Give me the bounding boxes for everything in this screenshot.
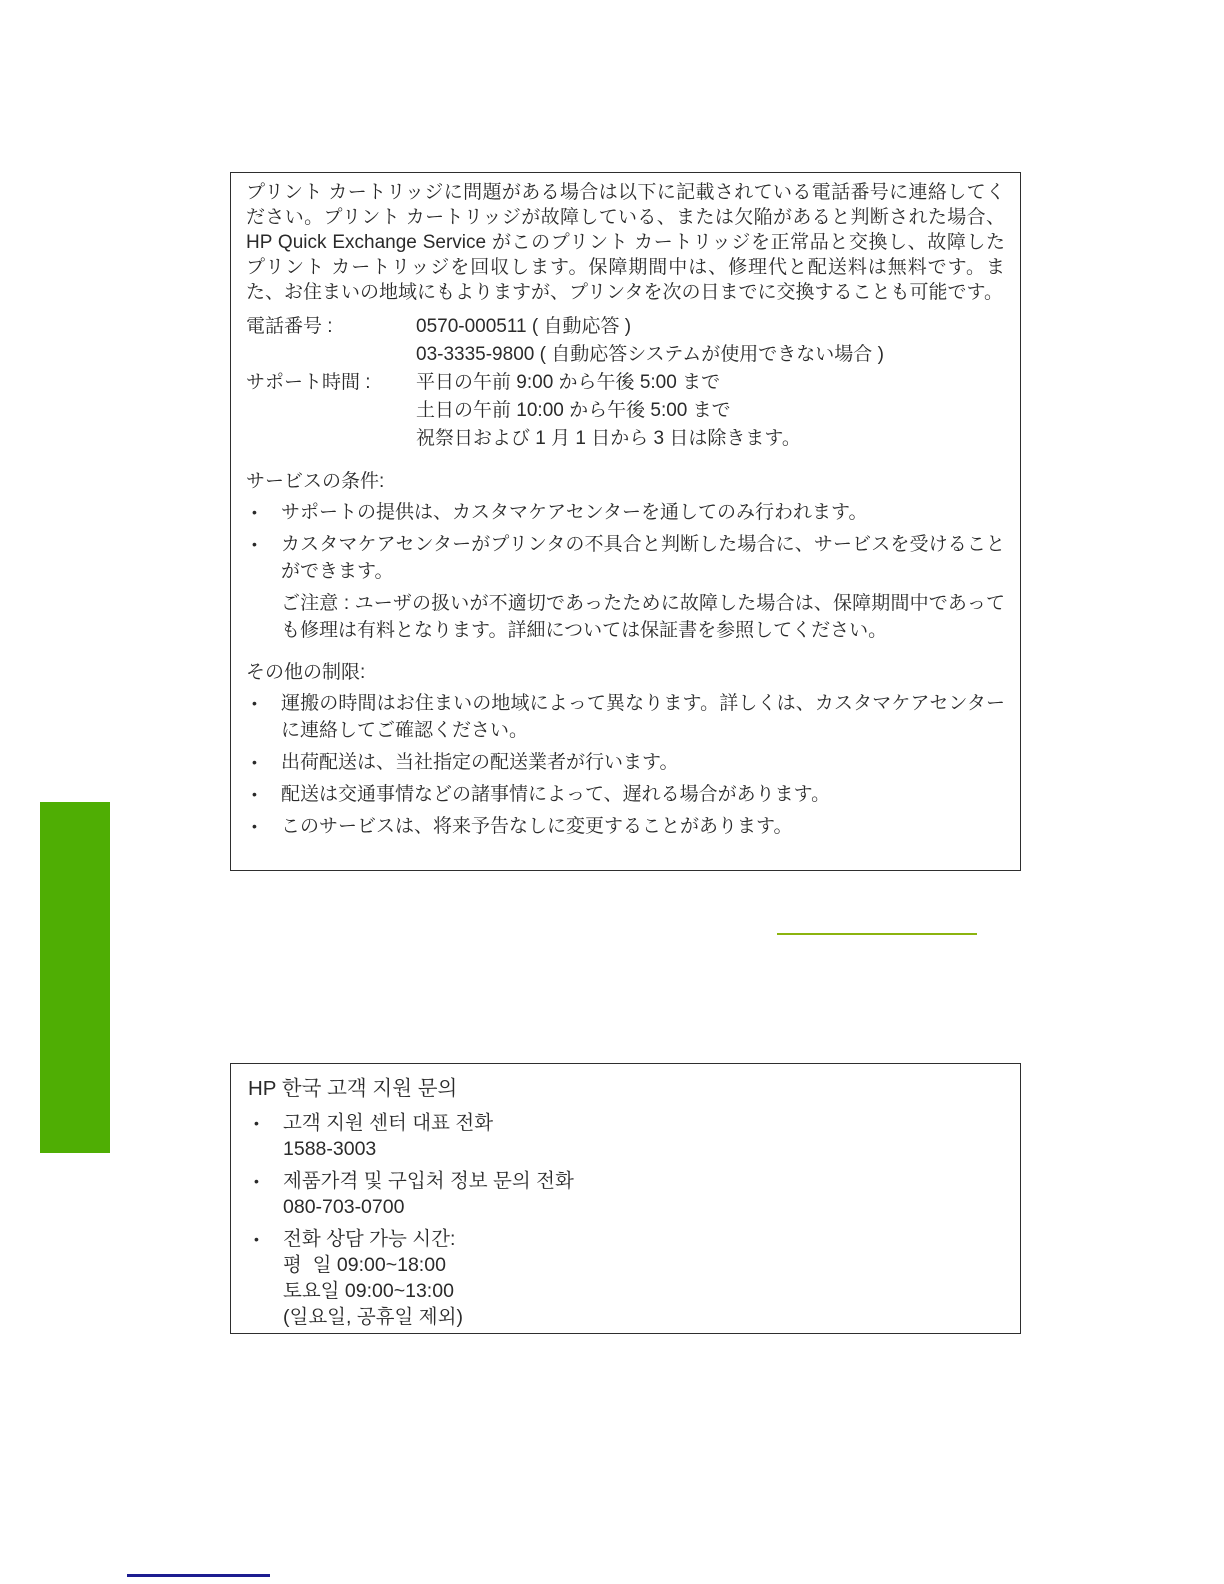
- limit-text: 出荷配送は、当社指定の配送業者が行います。: [281, 749, 1005, 776]
- support-hours-label: サポート時間 :: [246, 369, 416, 397]
- service-term-item: • サポートの提供は、カスタマケアセンターを通してのみ行われます。: [246, 499, 1005, 526]
- limit-text: 運搬の時間はお住まいの地域によって異なります。詳しくは、カスタマケアセンターに連…: [281, 690, 1005, 744]
- korea-item-line: 고객 지원 센터 대표 전화: [283, 1110, 1005, 1136]
- bullet-icon: •: [246, 499, 281, 526]
- contact-info-list: 電話番号 : 0570-000511 ( 自動応答 ) 03-3335-9800…: [246, 313, 1005, 453]
- support-hours-spacer: [246, 397, 416, 425]
- support-hours-spacer: [246, 425, 416, 453]
- phone-value-primary: 0570-000511 ( 自動応答 ): [416, 313, 1005, 341]
- korea-support-item: • 고객 지원 센터 대표 전화 1588-3003: [248, 1110, 1005, 1162]
- korea-item-lines: 전화 상담 가능 시간: 평 일 09:00~18:00 토요일 09:00~1…: [283, 1226, 1005, 1330]
- korea-item-line: 전화 상담 가능 시간:: [283, 1226, 1005, 1252]
- korea-item-lines: 고객 지원 센터 대표 전화 1588-3003: [283, 1110, 1005, 1162]
- korea-item-line: (일요일, 공휴일 제외): [283, 1304, 1005, 1330]
- korea-support-item: • 제품가격 및 구입처 정보 문의 전화 080-703-0700: [248, 1168, 1005, 1220]
- bullet-icon: •: [248, 1110, 283, 1162]
- phone-number-row: 電話番号 : 0570-000511 ( 自動応答 ): [246, 313, 1005, 341]
- other-limits-heading: その他の制限:: [246, 660, 1005, 685]
- exchange-service-intro: プリント カートリッジに問題がある場合は以下に記載されている電話番号に連絡してく…: [246, 180, 1005, 305]
- service-term-item: • カスタマケアセンターがプリンタの不具合と判断した場合に、サービスを受けること…: [246, 531, 1005, 585]
- service-terms-heading: サービスの条件:: [246, 469, 1005, 494]
- limit-item: • 配送は交通事情などの諸事情によって、遅れる場合があります。: [246, 781, 1005, 808]
- bullet-icon: •: [248, 1226, 283, 1330]
- phone-number-row: 03-3335-9800 ( 自動応答システムが使用できない場合 ): [246, 341, 1005, 369]
- korea-item-line: 1588-3003: [283, 1136, 1005, 1162]
- support-hours-holiday: 祝祭日および 1 月 1 日から 3 日は除きます。: [416, 425, 1005, 453]
- limit-item: • このサービスは、将来予告なしに変更することがあります。: [246, 813, 1005, 840]
- japan-exchange-service-box: プリント カートリッジに問題がある場合は以下に記載されている電話番号に連絡してく…: [230, 172, 1021, 871]
- phone-value-secondary: 03-3335-9800 ( 自動応答システムが使用できない場合 ): [416, 341, 1005, 369]
- support-hours-row: 祝祭日および 1 月 1 日から 3 日は除きます。: [246, 425, 1005, 453]
- bullet-icon: •: [246, 781, 281, 808]
- bullet-icon: •: [246, 749, 281, 776]
- support-hours-weekday: 平日の午前 9:00 から午後 5:00 まで: [416, 369, 1005, 397]
- korea-support-box: HP 한국 고객 지원 문의 • 고객 지원 센터 대표 전화 1588-300…: [230, 1063, 1021, 1334]
- limit-item: • 出荷配送は、当社指定の配送業者が行います。: [246, 749, 1005, 776]
- inline-link-underline[interactable]: [777, 933, 977, 935]
- phone-label: 電話番号 :: [246, 313, 416, 341]
- footer-link-underline[interactable]: [127, 1574, 270, 1577]
- korea-item-line: 토요일 09:00~13:00: [283, 1278, 1005, 1304]
- chapter-tab-green-bar: [40, 802, 110, 1153]
- service-term-text: カスタマケアセンターがプリンタの不具合と判断した場合に、サービスを受けることがで…: [281, 531, 1005, 585]
- limit-text: このサービスは、将来予告なしに変更することがあります。: [281, 813, 1005, 840]
- manual-page: プリント カートリッジに問題がある場合は以下に記載されている電話番号に連絡してく…: [0, 0, 1224, 1584]
- support-hours-row: 土日の午前 10:00 から午後 5:00 まで: [246, 397, 1005, 425]
- service-term-text: サポートの提供は、カスタマケアセンターを通してのみ行われます。: [281, 499, 1005, 526]
- bullet-icon: •: [246, 690, 281, 744]
- bullet-icon: •: [246, 813, 281, 840]
- korea-item-lines: 제품가격 및 구입처 정보 문의 전화 080-703-0700: [283, 1168, 1005, 1220]
- korea-support-item: • 전화 상담 가능 시간: 평 일 09:00~18:00 토요일 09:00…: [248, 1226, 1005, 1330]
- support-hours-row: サポート時間 : 平日の午前 9:00 から午後 5:00 まで: [246, 369, 1005, 397]
- korea-item-line: 제품가격 및 구입처 정보 문의 전화: [283, 1168, 1005, 1194]
- limit-text: 配送は交通事情などの諸事情によって、遅れる場合があります。: [281, 781, 1005, 808]
- bullet-icon: •: [246, 531, 281, 585]
- service-note: ご注意 : ユーザの扱いが不適切であったために故障した場合は、保障期間中であって…: [246, 590, 1005, 644]
- korea-item-line: 평 일 09:00~18:00: [283, 1252, 1005, 1278]
- phone-label-spacer: [246, 341, 416, 369]
- korea-item-line: 080-703-0700: [283, 1194, 1005, 1220]
- korea-support-title: HP 한국 고객 지원 문의: [248, 1074, 1005, 1104]
- support-hours-weekend: 土日の午前 10:00 から午後 5:00 まで: [416, 397, 1005, 425]
- limit-item: • 運搬の時間はお住まいの地域によって異なります。詳しくは、カスタマケアセンター…: [246, 690, 1005, 744]
- bullet-icon: •: [248, 1168, 283, 1220]
